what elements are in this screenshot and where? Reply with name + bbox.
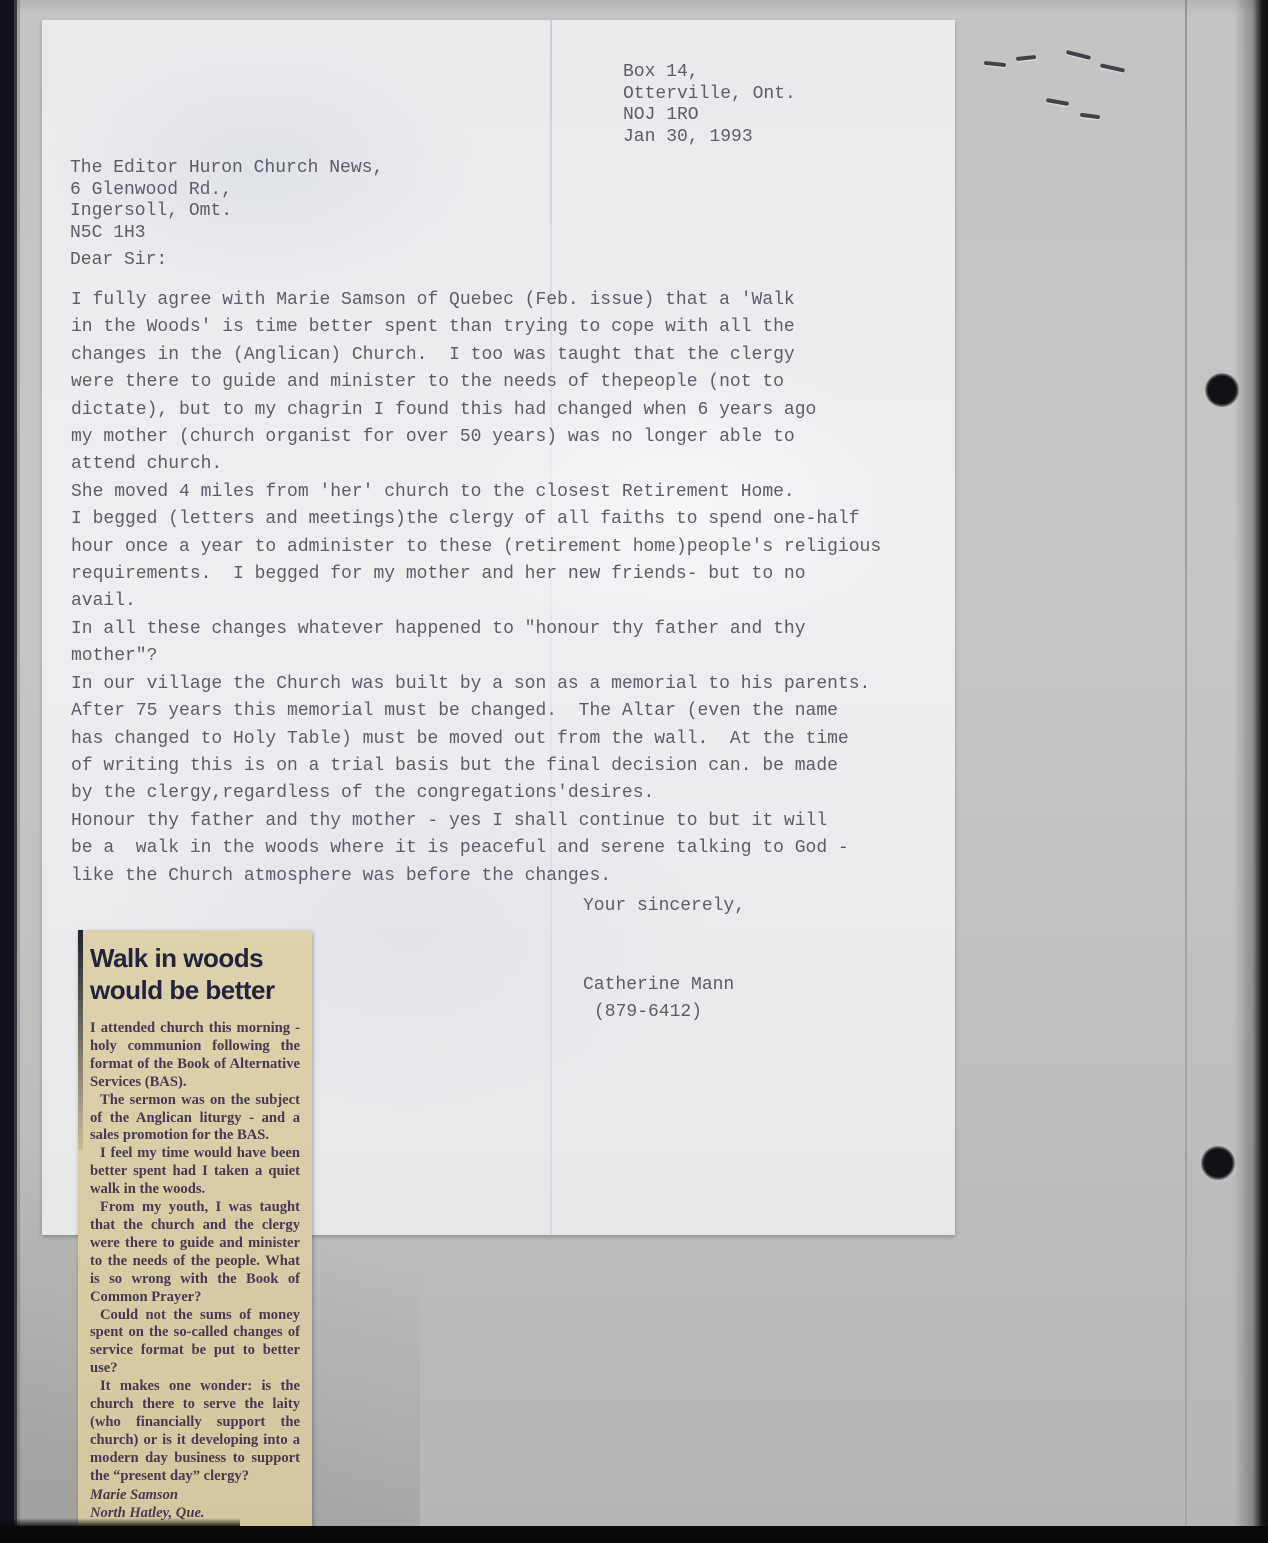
recipient-address: The Editor Huron Church News,6 Glenwood … bbox=[70, 158, 383, 244]
signature-name: Catherine Mann bbox=[583, 975, 734, 995]
sender-address-line: Jan 30, 1993 bbox=[623, 127, 796, 149]
letter-body-line: be a walk in the woods where it is peace… bbox=[71, 835, 881, 862]
letter-body-line: changes in the (Anglican) Church. I too … bbox=[71, 342, 881, 369]
letter-body-line: my mother (church organist for over 50 y… bbox=[71, 424, 881, 451]
letter-body-line: by the clergy,regardless of the congrega… bbox=[71, 780, 881, 807]
staple-mark-icon bbox=[1066, 50, 1091, 60]
staple-mark-icon bbox=[1046, 98, 1069, 106]
letter-body-line: mother"? bbox=[71, 643, 881, 670]
salutation: Dear Sir: bbox=[70, 250, 167, 270]
bottom-black-band bbox=[0, 1526, 1268, 1543]
clipping-paragraph: I attended church this morning - holy co… bbox=[90, 1020, 300, 1092]
letter-body-line: I fully agree with Marie Samson of Quebe… bbox=[71, 287, 881, 314]
letter-body-line: After 75 years this memorial must be cha… bbox=[71, 698, 881, 725]
letter-body-line: were there to guide and minister to the … bbox=[71, 369, 881, 396]
letter-body-line: has changed to Holy Table) must be moved… bbox=[71, 726, 881, 753]
right-page-edge bbox=[1234, 0, 1268, 1543]
recipient-address-line: The Editor Huron Church News, bbox=[70, 158, 383, 180]
letter-body-line: hour once a year to administer to these … bbox=[71, 534, 881, 561]
signature-phone: (879-6412) bbox=[594, 1002, 702, 1022]
staple-mark-icon bbox=[1100, 63, 1125, 73]
letter-body-line: like the Church atmosphere was before th… bbox=[71, 863, 881, 890]
letter-body-line: in the Woods' is time better spent than … bbox=[71, 314, 881, 341]
clipping-paragraph: It makes one wonder: is the church there… bbox=[90, 1378, 300, 1485]
clipping-byline: Marie SamsonNorth Hatley, Que. bbox=[90, 1486, 300, 1523]
page-crease-line bbox=[1185, 0, 1187, 1530]
clipping-body: I attended church this morning - holy co… bbox=[90, 1020, 300, 1486]
clipping-paragraph: From my youth, I was taught that the chu… bbox=[90, 1199, 300, 1306]
staple-mark-icon bbox=[1016, 55, 1036, 61]
scrapbook-page-scan: Box 14,Otterville, Ont.NOJ 1ROJan 30, 19… bbox=[0, 0, 1268, 1543]
sender-address-line: Box 14, bbox=[623, 62, 796, 84]
clipping-paragraph: The sermon was on the subject of the Ang… bbox=[90, 1092, 300, 1146]
clipping-paragraph: I feel my time would have been better sp… bbox=[90, 1145, 300, 1199]
recipient-address-line: N5C 1H3 bbox=[70, 223, 383, 245]
letter-body: I fully agree with Marie Samson of Quebe… bbox=[71, 287, 881, 890]
letter-body-line: In all these changes whatever happened t… bbox=[71, 616, 881, 643]
letter-body-line: Honour thy father and thy mother - yes I… bbox=[71, 808, 881, 835]
punch-hole bbox=[1201, 1146, 1235, 1180]
staple-mark-icon bbox=[984, 61, 1006, 67]
recipient-address-line: Ingersoll, Omt. bbox=[70, 201, 383, 223]
letter-closing: Your sincerely, bbox=[583, 896, 745, 916]
clipping-headline: Walk in woods would be better bbox=[90, 942, 300, 1006]
clipping-torn-edge bbox=[78, 930, 83, 1150]
newspaper-clipping: Walk in woods would be better I attended… bbox=[78, 930, 312, 1536]
clipping-paragraph: Could not the sums of money spent on the… bbox=[90, 1307, 300, 1379]
letter-body-line: dictate), but to my chagrin I found this… bbox=[71, 397, 881, 424]
sender-address: Box 14,Otterville, Ont.NOJ 1ROJan 30, 19… bbox=[623, 62, 796, 148]
letter-body-line: In our village the Church was built by a… bbox=[71, 671, 881, 698]
sender-address-line: NOJ 1RO bbox=[623, 105, 796, 127]
letter-body-line: avail. bbox=[71, 588, 881, 615]
sender-address-line: Otterville, Ont. bbox=[623, 84, 796, 106]
recipient-address-line: 6 Glenwood Rd., bbox=[70, 180, 383, 202]
letter-body-line: She moved 4 miles from 'her' church to t… bbox=[71, 479, 881, 506]
letter-body-line: of writing this is on a trial basis but … bbox=[71, 753, 881, 780]
staple-mark-icon bbox=[1080, 113, 1100, 119]
clipping-byline-line: Marie Samson bbox=[90, 1486, 300, 1505]
left-binding-edge bbox=[0, 0, 20, 1543]
letter-body-line: attend church. bbox=[71, 451, 881, 478]
letter-body-line: requirements. I begged for my mother and… bbox=[71, 561, 881, 588]
letter-body-line: I begged (letters and meetings)the clerg… bbox=[71, 506, 881, 533]
